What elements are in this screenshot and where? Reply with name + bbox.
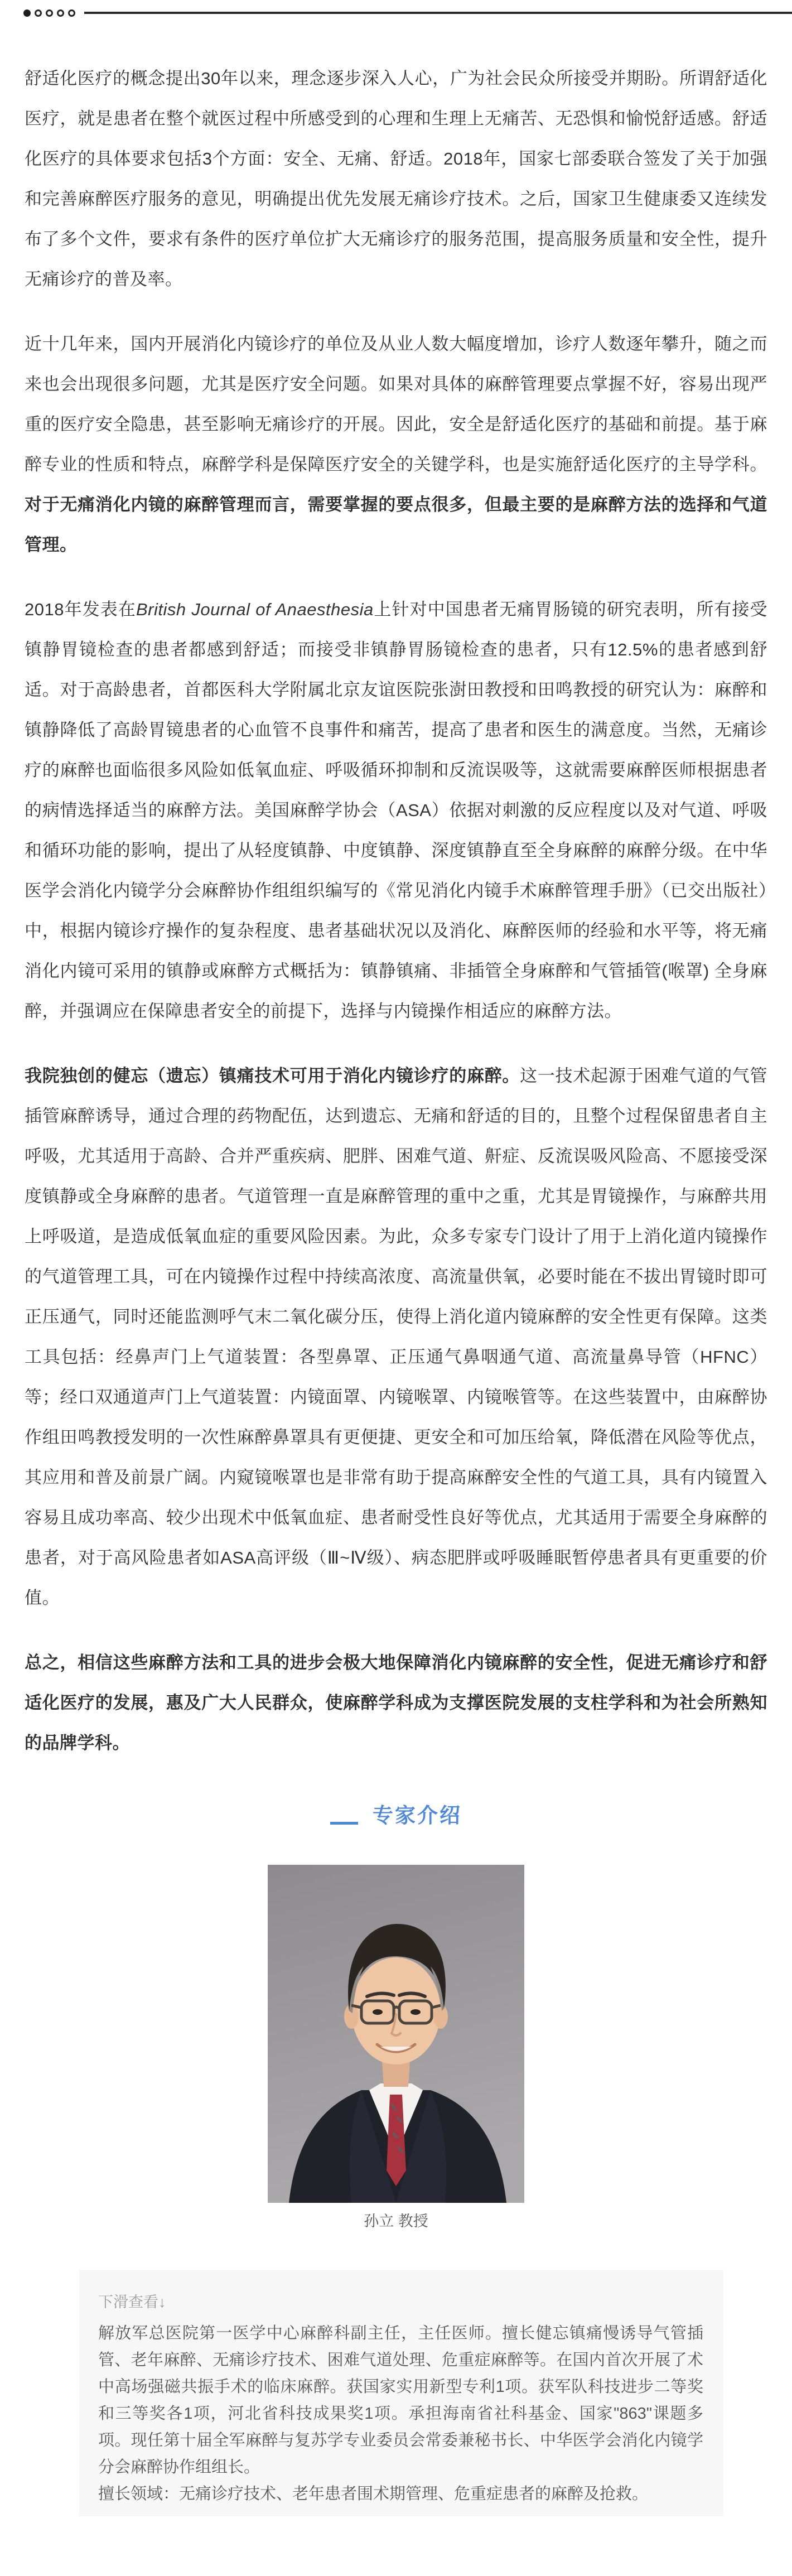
expert-heading-title: 专家介绍 bbox=[373, 1803, 462, 1828]
article-body: 舒适化医疗的概念提出30年以来，理念逐步深入人心，广为社会民众所接受并期盼。所谓… bbox=[0, 17, 792, 2231]
expert-bio-scrollbox[interactable]: 下滑查看↓ 解放军总医院第一医学中心麻醉科副主任，主任医师。擅长健忘镇痛慢诱导气… bbox=[79, 2270, 723, 2516]
top-pagination-bar bbox=[0, 0, 792, 17]
scroll-hint: 下滑查看↓ bbox=[98, 2289, 703, 2315]
bottom-spacer bbox=[0, 2516, 792, 2525]
pagination-dot[interactable] bbox=[35, 9, 42, 17]
expert-section-heading: 专家介绍 bbox=[25, 1799, 767, 1828]
paragraph-text: 近十几年来，国内开展消化内镜诊疗的单位及从业人数大幅度增加，诊疗人数逐年攀升，随… bbox=[25, 334, 767, 474]
paragraph-text-bold: 对于无痛消化内镜的麻醉管理而言，需要掌握的要点很多，但最主要的是麻醉方法的选择和… bbox=[25, 495, 767, 554]
pagination-dot-active[interactable] bbox=[23, 9, 31, 17]
paragraph-text: 舒适化医疗的概念提出30年以来，理念逐步深入人心，广为社会民众所接受并期盼。所谓… bbox=[25, 69, 767, 289]
article-page: 舒适化医疗的概念提出30年以来，理念逐步深入人心，广为社会民众所接受并期盼。所谓… bbox=[0, 0, 792, 2576]
paragraph-text: 这一技术起源于困难气道的气管插管麻醉诱导，通过合理的药物配伍，达到遗忘、无痛和舒… bbox=[25, 1066, 767, 1608]
paragraph-intro: 舒适化医疗的概念提出30年以来，理念逐步深入人心，广为社会民众所接受并期盼。所谓… bbox=[25, 59, 767, 300]
pagination-dot[interactable] bbox=[46, 9, 53, 17]
journal-name-italic: British Journal of Anaesthesia bbox=[136, 600, 374, 619]
top-divider-line bbox=[84, 12, 792, 14]
expert-bio-specialty: 擅长领域：无痛诊疗技术、老年患者围术期管理、危重症患者的麻醉及抢救。 bbox=[98, 2481, 703, 2507]
paragraph-text-bold: 我院独创的健忘（遗忘）镇痛技术可用于消化内镜诊疗的麻醉。 bbox=[25, 1066, 520, 1086]
paragraph-text-bold: 总之，相信这些麻醉方法和工具的进步会极大地保障消化内镜麻醉的安全性，促进无痛诊疗… bbox=[25, 1653, 767, 1753]
pagination-dots[interactable] bbox=[23, 9, 75, 17]
paragraph-conclusion: 总之，相信这些麻醉方法和工具的进步会极大地保障消化内镜麻醉的安全性，促进无痛诊疗… bbox=[25, 1643, 767, 1763]
paragraph-technique: 我院独创的健忘（遗忘）镇痛技术可用于消化内镜诊疗的麻醉。这一技术起源于困难气道的… bbox=[25, 1056, 767, 1618]
paragraph-text: 2018年发表在 bbox=[25, 600, 136, 619]
pagination-dot[interactable] bbox=[68, 9, 75, 17]
photo-caption: 孙立 教授 bbox=[25, 2212, 767, 2231]
expert-photo-container bbox=[25, 1865, 767, 2203]
paragraph-safety: 近十几年来，国内开展消化内镜诊疗的单位及从业人数大幅度增加，诊疗人数逐年攀升，随… bbox=[25, 324, 767, 565]
heading-underline-dash bbox=[330, 1822, 358, 1825]
expert-bio-intro: 解放军总医院第一医学中心麻醉科副主任，主任医师。擅长健忘镇痛慢诱导气管插管、老年… bbox=[98, 2320, 703, 2481]
paragraph-text: 上针对中国患者无痛胃肠镜的研究表明，所有接受镇静胃镜检查的患者都感到舒适；而接受… bbox=[25, 600, 767, 1021]
paragraph-research: 2018年发表在British Journal of Anaesthesia上针… bbox=[25, 590, 767, 1031]
expert-portrait-photo bbox=[268, 1865, 524, 2203]
pagination-dot[interactable] bbox=[57, 9, 64, 17]
